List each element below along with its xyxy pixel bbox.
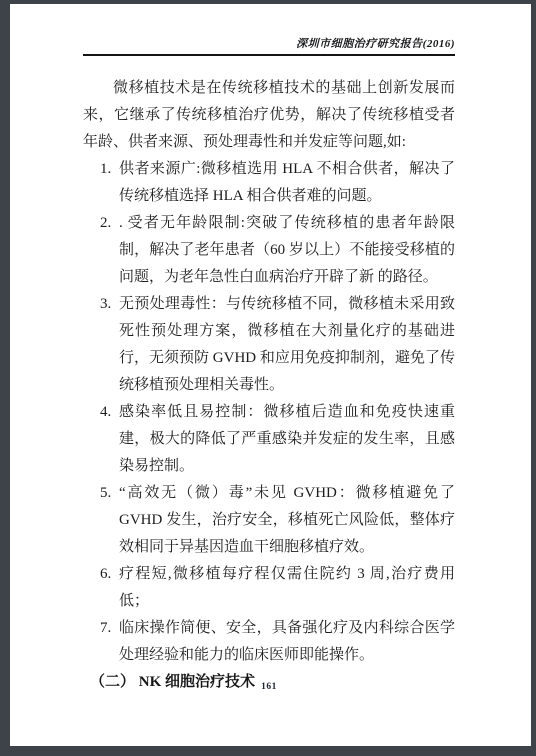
- scanned-document-background: { "header": { "title": "深圳市细胞治疗研究报告(2016…: [0, 0, 536, 756]
- list-item-number: 5.: [100, 480, 119, 561]
- list-item: 2. . 受者无年龄限制:突破了传统移植的患者年龄限制，解决了老年患者（60 岁…: [83, 210, 455, 291]
- list-item: 4. 感染率低且易控制：微移植后造血和免疫快速重建，极大的降低了严重感染并发症的…: [83, 399, 455, 480]
- list-item-text: 临床操作简便、安全，具备强化疗及内科综合医学处理经验和能力的临床医师即能操作。: [119, 615, 455, 669]
- list-item-number: 7.: [100, 615, 119, 669]
- list-item-text: 无预处理毒性：与传统移植不同，微移植未采用致死性预处理方案，微移植在大剂量化疗的…: [119, 291, 455, 399]
- page-number: 161: [83, 682, 455, 692]
- document-page: 深圳市细胞治疗研究报告(2016) 微移植技术是在传统移植技术的基础上创新发展而…: [10, 4, 531, 746]
- list-item-text: “高效无（微）毒”未见 GVHD：微移植避免了 GVHD 发生，治疗安全，移植死…: [119, 480, 455, 561]
- list-item-text: . 受者无年龄限制:突破了传统移植的患者年龄限制，解决了老年患者（60 岁以上）…: [119, 210, 455, 291]
- list-item-number: 4.: [100, 399, 119, 480]
- page-body: 微移植技术是在传统移植技术的基础上创新发展而来，它继承了传统移植治疗优势，解决了…: [83, 75, 455, 696]
- list-item-number: 6.: [100, 561, 119, 615]
- intro-paragraph: 微移植技术是在传统移植技术的基础上创新发展而来，它继承了传统移植治疗优势，解决了…: [83, 75, 455, 156]
- list-item-number: 3.: [100, 291, 119, 399]
- list-item-text: 感染率低且易控制：微移植后造血和免疫快速重建，极大的降低了严重感染并发症的发生率…: [119, 399, 455, 480]
- numbered-list: 1. 供者来源广:微移植选用 HLA 不相合供者，解决了传统移植选择 HLA 相…: [83, 156, 455, 669]
- list-item: 1. 供者来源广:微移植选用 HLA 不相合供者，解决了传统移植选择 HLA 相…: [83, 156, 455, 210]
- list-item: 7. 临床操作简便、安全，具备强化疗及内科综合医学处理经验和能力的临床医师即能操…: [83, 615, 455, 669]
- list-item-number: 1.: [100, 156, 119, 210]
- list-item: 6. 疗程短,微移植每疗程仅需住院约 3 周,治疗费用低；: [83, 561, 455, 615]
- page-header-title: 深圳市细胞治疗研究报告(2016): [83, 37, 455, 56]
- list-item: 3. 无预处理毒性：与传统移植不同，微移植未采用致死性预处理方案，微移植在大剂量…: [83, 291, 455, 399]
- list-item-number: 2.: [100, 210, 119, 291]
- list-item-text: 供者来源广:微移植选用 HLA 不相合供者，解决了传统移植选择 HLA 相合供者…: [119, 156, 455, 210]
- list-item: 5. “高效无（微）毒”未见 GVHD：微移植避免了 GVHD 发生，治疗安全，…: [83, 480, 455, 561]
- list-item-text: 疗程短,微移植每疗程仅需住院约 3 周,治疗费用低；: [119, 561, 455, 615]
